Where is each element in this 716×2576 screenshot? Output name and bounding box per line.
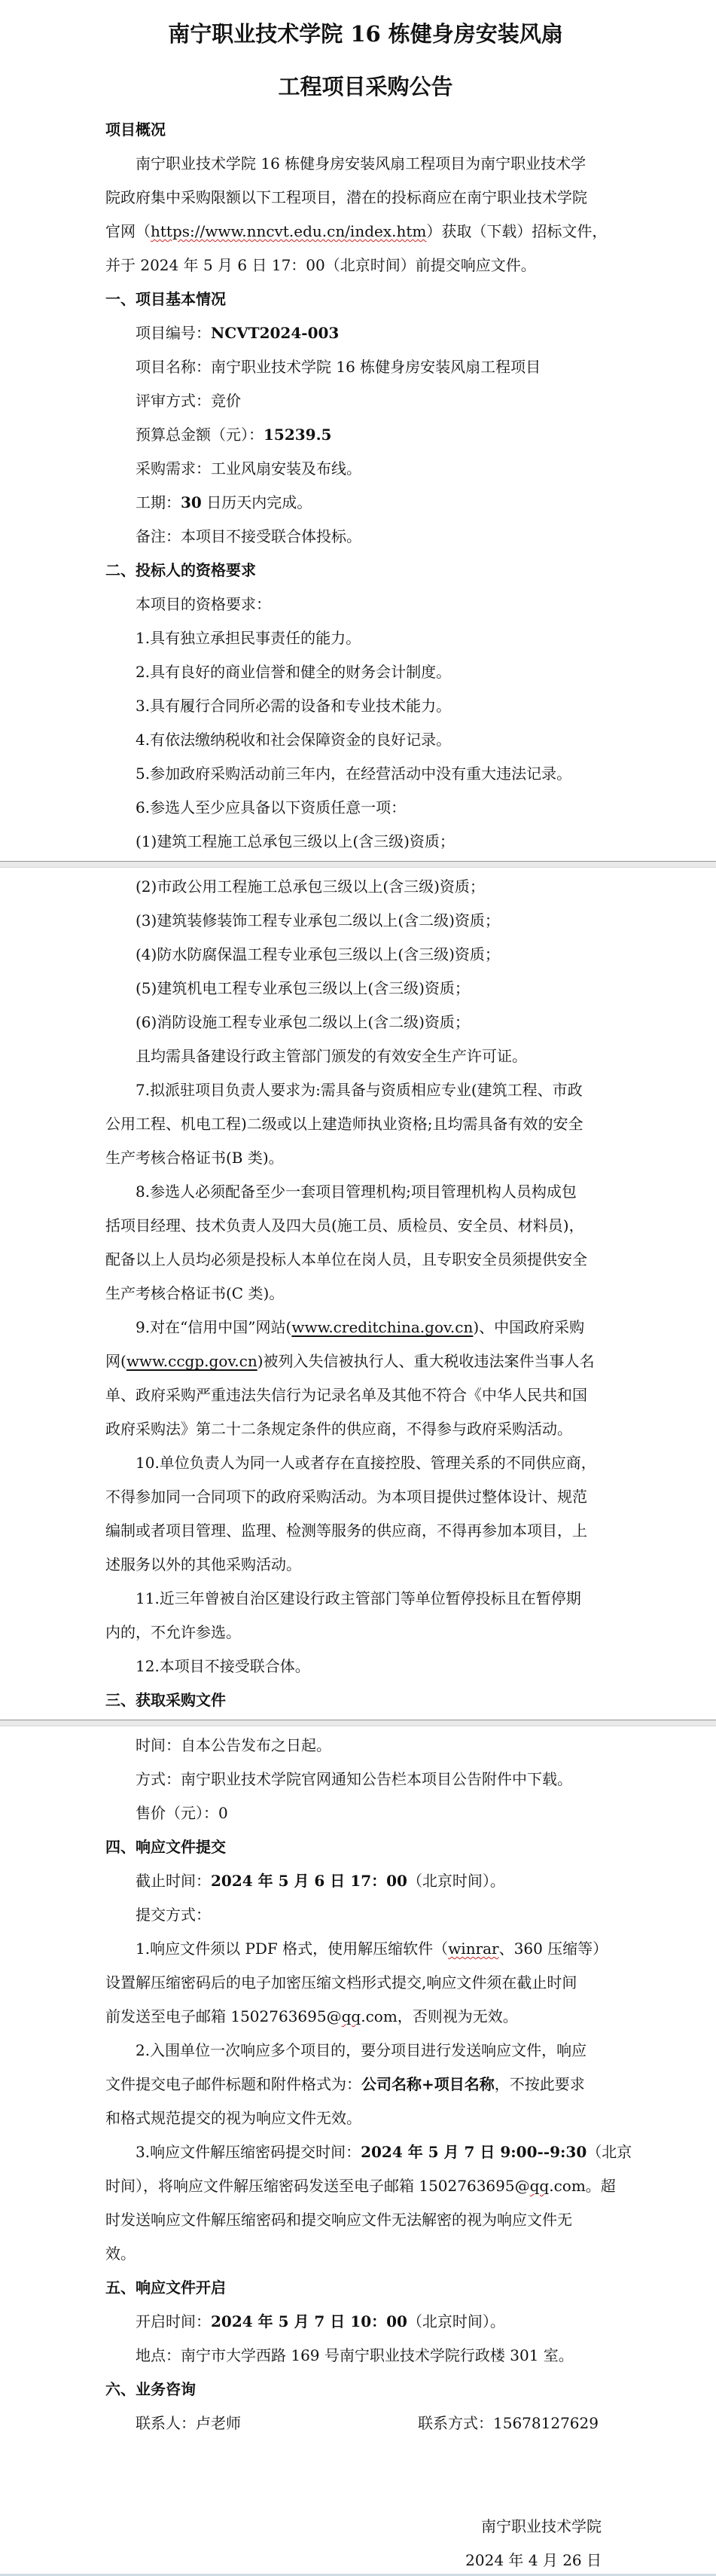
document-body: 南宁职业技术学院 16 栋健身房安装风扇工程项目采购公告项目概况南宁职业技术学院… [0, 0, 716, 2576]
paragraph-line: 项目编号：NCVT2024-003 [105, 316, 626, 350]
text-run: （北京时间）。 [407, 2312, 505, 2330]
paragraph-line: 不得参加同一合同项下的政府采购活动。为本项目提供过整体设计、规范 [105, 1480, 626, 1514]
paragraph-line: 单、政府采购严重违法失信行为记录名单及其他不符合《中华人民共和国 [105, 1378, 626, 1412]
text-run: 院政府集中采购限额以下工程项目，潜在的投标商应在南宁职业技术学院 [105, 188, 587, 206]
bold-text: 公司名称+项目名称 [361, 2075, 495, 2093]
misspelled-text: qq [342, 2007, 361, 2025]
text-run: .com，否则视为无效。 [361, 2007, 518, 2025]
paragraph-line: 地点：南宁市大学西路 169 号南宁职业技术学院行政楼 301 室。 [105, 2339, 626, 2373]
misspelled-text: winrar [448, 1940, 498, 1958]
text-run: 效。 [105, 2245, 136, 2263]
text-run: 文件提交电子邮件标题和附件格式为： [105, 2075, 361, 2093]
text-run: 2.入围单位一次响应多个项目的，要分项目进行发送响应文件，响应 [136, 2041, 587, 2059]
paragraph-line: 开启时间：2024 年 5 月 7 日 10：00（北京时间）。 [105, 2305, 626, 2339]
paragraph-line: 院政府集中采购限额以下工程项目，潜在的投标商应在南宁职业技术学院 [105, 181, 626, 215]
contact-phone: 联系方式：15678127629 [418, 2407, 599, 2440]
paragraph-line: 效。 [105, 2237, 626, 2271]
contact-row: 联系人：卢老师联系方式：15678127629 [105, 2407, 626, 2440]
text-run: 4.有依法缴纳税收和社会保障资金的良好记录。 [136, 731, 451, 749]
signature-line: 2024 年 4 月 26 日 [105, 2544, 626, 2576]
text-run: 不得参加同一合同项下的政府采购活动。为本项目提供过整体设计、规范 [105, 1488, 587, 1506]
paragraph-line: 3.具有履行合同所必需的设备和专业技术能力。 [105, 689, 626, 723]
text-run: 预算总金额（元）： [136, 426, 264, 444]
text-run: 设置解压缩密码后的电子加密压缩文档形式提交,响应文件须在截止时间 [105, 1973, 577, 1992]
paragraph-line: (6)消防设施工程专业承包二级以上(含二级)资质； [105, 1006, 626, 1039]
text-run: 采购需求：工业风扇安装及布线。 [136, 459, 361, 478]
text-run: 本项目的资格要求： [136, 595, 271, 613]
text-run: 12.本项目不接受联合体。 [136, 1657, 310, 1675]
paragraph-line: 设置解压缩密码后的电子加密压缩文档形式提交,响应文件须在截止时间 [105, 1966, 626, 2000]
paragraph-line: 且均需具备建设行政主管部门颁发的有效安全生产许可证。 [105, 1039, 626, 1073]
text-run: 官网（ [105, 222, 151, 240]
text-run: 项目名称：南宁职业技术学院 16 栋健身房安装风扇工程项目 [136, 358, 541, 376]
paragraph-line: 和格式规范提交的视为响应文件无效。 [105, 2101, 626, 2135]
paragraph-line: 9.对在“信用中国”网站(www.creditchina.gov.cn)、中国政… [105, 1311, 626, 1344]
section-heading: 一、项目基本情况 [105, 282, 626, 316]
paragraph-line: 编制或者项目管理、监理、检测等服务的供应商，不得再参加本项目，上 [105, 1514, 626, 1548]
text-run: 工期： [136, 493, 181, 511]
text-run: 政府采购法》第二十二条规定条件的供应商，不得参与政府采购活动。 [105, 1420, 572, 1438]
paragraph-line: 文件提交电子邮件标题和附件格式为：公司名称+项目名称，不按此要求 [105, 2068, 626, 2101]
paragraph-line: 工期：30 日历天内完成。 [105, 486, 626, 520]
paragraph-line: 2.入围单位一次响应多个项目的，要分项目进行发送响应文件，响应 [105, 2034, 626, 2068]
text-run: 截止时间： [136, 1872, 211, 1890]
text-run: 时间：自本公告发布之日起。 [136, 1736, 331, 1754]
text-run: 配备以上人员均必须是投标人本单位在岗人员，且专职安全员须提供安全 [105, 1250, 587, 1268]
page-break-divider [0, 861, 716, 868]
bold-text: 2024 年 5 月 7 日 9:00--9:30 [361, 2143, 587, 2161]
paragraph-line: 7.拟派驻项目负责人要求为:需具备与资质相应专业(建筑工程、市政 [105, 1073, 626, 1107]
paragraph-line: 预算总金额（元）：15239.5 [105, 418, 626, 452]
section-heading: 五、响应文件开启 [105, 2271, 626, 2305]
paragraph-line: 公用工程、机电工程)二级或以上建造师执业资格;且均需具备有效的安全 [105, 1107, 626, 1141]
paragraph-line: 2.具有良好的商业信誉和健全的财务会计制度。 [105, 655, 626, 689]
text-run: )被列入失信被执行人、重大税收违法案件当事人名 [257, 1352, 595, 1370]
paragraph-line: 采购需求：工业风扇安装及布线。 [105, 452, 626, 486]
section-heading: 三、获取采购文件 [105, 1683, 626, 1717]
paragraph-line: 8.参选人必须配备至少一套项目管理机构;项目管理机构人员构成包 [105, 1175, 626, 1209]
text-run: 南宁职业技术学院 16 栋健身房安装风扇 [168, 21, 563, 47]
text-run: 售价（元）：0 [136, 1804, 228, 1822]
paragraph-line: 1.响应文件须以 PDF 格式，使用解压缩软件（winrar、360 压缩等） [105, 1932, 626, 1966]
text-run: 、360 压缩等） [499, 1940, 608, 1958]
misspelled-text: qq [530, 2177, 550, 2195]
text-run: 二、投标人的资格要求 [105, 561, 256, 579]
text-run: 时间），将响应文件解压缩密码发送至电子邮箱 1502763695@ [105, 2177, 530, 2195]
text-run: 1.响应文件须以 PDF 格式，使用解压缩软件（ [136, 1940, 448, 1958]
text-run: 3.响应文件解压缩密码提交时间： [136, 2143, 361, 2161]
text-run: （北京时间）。 [407, 1872, 505, 1890]
text-run: 8.参选人必须配备至少一套项目管理机构;项目管理机构人员构成包 [136, 1183, 577, 1201]
contact-person: 联系人：卢老师 [105, 2407, 418, 2440]
text-run: 开启时间： [136, 2312, 211, 2330]
paragraph-line: 配备以上人员均必须是投标人本单位在岗人员，且专职安全员须提供安全 [105, 1243, 626, 1277]
text-run: 工程项目采购公告 [278, 74, 452, 99]
bold-text: 15239.5 [264, 426, 331, 444]
text-run: 提交方式： [136, 1906, 211, 1924]
paragraph-line: 内的，不允许参选。 [105, 1616, 626, 1650]
text-run: 2024 年 4 月 26 日 [465, 2551, 602, 2569]
paragraph-line: 述服务以外的其他采购活动。 [105, 1548, 626, 1582]
text-run: 评审方式：竞价 [136, 392, 241, 410]
page-break-divider [0, 1720, 716, 1726]
paragraph-line: (1)建筑工程施工总承包三级以上(含三级)资质； [105, 825, 626, 859]
section-heading: 二、投标人的资格要求 [105, 554, 626, 588]
text-run: 四、响应文件提交 [105, 1838, 226, 1856]
paragraph-line: (5)建筑机电工程专业承包三级以上(含三级)资质； [105, 972, 626, 1006]
paragraph-line: 备注：本项目不接受联合体投标。 [105, 520, 626, 554]
text-run: 生产考核合格证书(C 类)。 [105, 1284, 284, 1302]
text-run: 日历天内完成。 [202, 493, 312, 511]
text-run: (3)建筑装修装饰工程专业承包二级以上(含二级)资质； [136, 911, 500, 929]
paragraph-line: (2)市政公用工程施工总承包三级以上(含三级)资质； [105, 870, 626, 904]
text-run: 生产考核合格证书(B 类)。 [105, 1149, 284, 1167]
text-run: 项目编号： [136, 324, 211, 342]
text-run: .com。超 [549, 2177, 616, 2195]
paragraph-line: (3)建筑装修装饰工程专业承包二级以上(含二级)资质； [105, 904, 626, 938]
text-run: 地点：南宁市大学西路 169 号南宁职业技术学院行政楼 301 室。 [136, 2346, 574, 2364]
paragraph-line: 南宁职业技术学院 16 栋健身房安装风扇工程项目为南宁职业技术学 [105, 147, 626, 181]
url-link[interactable]: www.ccgp.gov.cn [126, 1352, 257, 1370]
text-run: 备注：本项目不接受联合体投标。 [136, 527, 361, 545]
text-run: 1.具有独立承担民事责任的能力。 [136, 629, 361, 647]
paragraph-line: 评审方式：竞价 [105, 384, 626, 418]
paragraph-line: 12.本项目不接受联合体。 [105, 1650, 626, 1683]
text-run: (2)市政公用工程施工总承包三级以上(含三级)资质； [136, 877, 485, 896]
text-run: 五、响应文件开启 [105, 2278, 226, 2297]
text-run: 方式：南宁职业技术学院官网通知公告栏本项目公告附件中下载。 [136, 1770, 572, 1788]
bold-text: 2024 年 5 月 6 日 17：00 [211, 1872, 407, 1890]
text-run: 一、项目基本情况 [105, 290, 226, 308]
text-run: 六、业务咨询 [105, 2380, 196, 2398]
text-run: 时发送响应文件解压缩密码和提交响应文件无法解密的视为响应文件无 [105, 2211, 572, 2229]
paragraph-line: 11.近三年曾被自治区建设行政主管部门等单位暂停投标且在暂停期 [105, 1582, 626, 1616]
paragraph-line: 政府采购法》第二十二条规定条件的供应商，不得参与政府采购活动。 [105, 1412, 626, 1446]
paragraph-line: 时发送响应文件解压缩密码和提交响应文件无法解密的视为响应文件无 [105, 2203, 626, 2237]
text-run: 编制或者项目管理、监理、检测等服务的供应商，不得再参加本项目，上 [105, 1521, 587, 1540]
paragraph-line: 生产考核合格证书(B 类)。 [105, 1141, 626, 1175]
paragraph-line: 3.响应文件解压缩密码提交时间：2024 年 5 月 7 日 9:00--9:3… [105, 2135, 626, 2169]
bold-text: 30 [181, 493, 202, 511]
text-run: (5)建筑机电工程专业承包三级以上(含三级)资质； [136, 979, 470, 997]
document-title: 南宁职业技术学院 16 栋健身房安装风扇 [105, 8, 626, 60]
paragraph-line: 截止时间：2024 年 5 月 6 日 17：00（北京时间）。 [105, 1864, 626, 1898]
bold-text: 2024 年 5 月 7 日 10：00 [211, 2312, 407, 2330]
paragraph-line: 并于 2024 年 5 月 6 日 17：00（北京时间）前提交响应文件。 [105, 249, 626, 282]
text-run: 网( [105, 1352, 126, 1370]
text-run: 项目概况 [105, 121, 166, 139]
paragraph-line: (4)防水防腐保温工程专业承包三级以上(含三级)资质； [105, 938, 626, 972]
paragraph-line: 1.具有独立承担民事责任的能力。 [105, 621, 626, 655]
paragraph-line: 前发送至电子邮箱 1502763695@qq.com，否则视为无效。 [105, 2000, 626, 2034]
paragraph-line: 方式：南宁职业技术学院官网通知公告栏本项目公告附件中下载。 [105, 1763, 626, 1796]
text-run: 内的，不允许参选。 [105, 1623, 241, 1641]
text-run: 和格式规范提交的视为响应文件无效。 [105, 2109, 361, 2127]
text-run: 南宁职业技术学院 [481, 2517, 602, 2535]
announcement-page: 南宁职业技术学院 16 栋健身房安装风扇工程项目采购公告项目概况南宁职业技术学院… [0, 0, 716, 2576]
text-run: （北京 [587, 2143, 632, 2161]
paragraph-line: 售价（元）：0 [105, 1796, 626, 1830]
paragraph-line: 10.单位负责人为同一人或者存在直接控股、管理关系的不同供应商， [105, 1446, 626, 1480]
text-run: ，不按此要求 [495, 2075, 585, 2093]
signature-line: 南宁职业技术学院 [105, 2510, 626, 2544]
text-run: )、中国政府采购 [473, 1318, 584, 1336]
text-run: 7.拟派驻项目负责人要求为:需具备与资质相应专业(建筑工程、市政 [136, 1081, 583, 1099]
section-heading: 四、响应文件提交 [105, 1830, 626, 1864]
text-run: ）获取（下载）招标文件， [426, 222, 607, 240]
paragraph-line: 提交方式： [105, 1898, 626, 1932]
text-run: 三、获取采购文件 [105, 1691, 226, 1709]
paragraph-line: 6.参选人至少应具备以下资质任意一项： [105, 791, 626, 825]
paragraph-line: 5.参加政府采购活动前三年内，在经营活动中没有重大违法记录。 [105, 757, 626, 791]
text-run: 并于 2024 年 5 月 6 日 17：00（北京时间）前提交响应文件。 [105, 256, 536, 274]
text-run: 前发送至电子邮箱 1502763695@ [105, 2007, 342, 2025]
paragraph-line: 官网（https://www.nncvt.edu.cn/index.htm）获取… [105, 215, 626, 249]
text-run: (1)建筑工程施工总承包三级以上(含三级)资质； [136, 832, 455, 850]
paragraph-line: 项目名称：南宁职业技术学院 16 栋健身房安装风扇工程项目 [105, 350, 626, 384]
text-run: 南宁职业技术学院 16 栋健身房安装风扇工程项目为南宁职业技术学 [136, 154, 586, 172]
paragraph-line: 括项目经理、技术负责人及四大员(施工员、质检员、安全员、材料员)， [105, 1209, 626, 1243]
text-run: 2.具有良好的商业信誉和健全的财务会计制度。 [136, 663, 451, 681]
misspelled-text: https://www.nncvt.edu.cn/index.htm [151, 222, 426, 240]
section-heading: 项目概况 [105, 113, 626, 147]
url-link[interactable]: www.creditchina.gov.cn [291, 1318, 473, 1336]
text-run: 5.参加政府采购活动前三年内，在经营活动中没有重大违法记录。 [136, 765, 571, 783]
section-heading: 六、业务咨询 [105, 2373, 626, 2407]
text-run: 且均需具备建设行政主管部门颁发的有效安全生产许可证。 [136, 1047, 527, 1065]
text-run: (6)消防设施工程专业承包二级以上(含二级)资质； [136, 1013, 470, 1031]
text-run: 3.具有履行合同所必需的设备和专业技术能力。 [136, 697, 451, 715]
document-title: 工程项目采购公告 [105, 60, 626, 113]
text-run: 6.参选人至少应具备以下资质任意一项： [136, 798, 406, 816]
blank-spacer [105, 2440, 626, 2510]
paragraph-line: 网(www.ccgp.gov.cn)被列入失信被执行人、重大税收违法案件当事人名 [105, 1344, 626, 1378]
text-run: 9.对在“信用中国”网站( [136, 1318, 291, 1336]
text-run: 公用工程、机电工程)二级或以上建造师执业资格;且均需具备有效的安全 [105, 1115, 583, 1133]
paragraph-line: 4.有依法缴纳税收和社会保障资金的良好记录。 [105, 723, 626, 757]
text-run: 述服务以外的其他采购活动。 [105, 1555, 301, 1573]
paragraph-line: 时间：自本公告发布之日起。 [105, 1729, 626, 1763]
text-run: 10.单位负责人为同一人或者存在直接控股、管理关系的不同供应商， [136, 1454, 596, 1472]
text-run: 括项目经理、技术负责人及四大员(施工员、质检员、安全员、材料员)， [105, 1216, 584, 1235]
text-run: 单、政府采购严重违法失信行为记录名单及其他不符合《中华人民共和国 [105, 1386, 587, 1404]
text-run: 11.近三年曾被自治区建设行政主管部门等单位暂停投标且在暂停期 [136, 1589, 581, 1607]
paragraph-line: 本项目的资格要求： [105, 588, 626, 621]
paragraph-line: 时间），将响应文件解压缩密码发送至电子邮箱 1502763695@qq.com。… [105, 2169, 626, 2203]
text-run: (4)防水防腐保温工程专业承包三级以上(含三级)资质； [136, 945, 500, 963]
bold-text: NCVT2024-003 [211, 324, 339, 342]
paragraph-line: 生产考核合格证书(C 类)。 [105, 1277, 626, 1311]
